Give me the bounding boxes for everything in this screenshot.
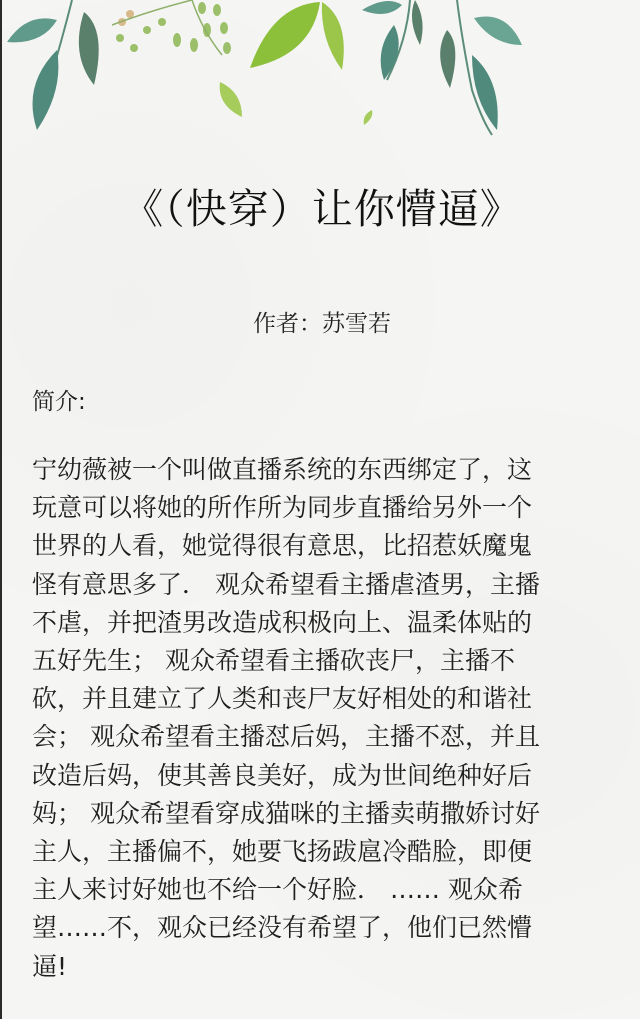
leaves-decoration-icon <box>2 0 640 140</box>
intro-line: 望……不，观众已经没有希望了，他们已然懵 <box>32 909 612 947</box>
intro-line: 玩意可以将她的所作所为同步直播给另外一个 <box>32 489 612 527</box>
intro-line: 世界的人看，她觉得很有意思，比招惹妖魔鬼 <box>32 527 612 565</box>
book-title: 《（快穿）让你懵逼》 <box>2 176 640 235</box>
intro-line: 怪有意思多了． 观众希望看主播虐渣男，主播 <box>32 566 612 604</box>
intro-line: 不虐，并把渣男改造成积极向上、温柔体贴的 <box>32 604 612 642</box>
intro-line: 妈； 观众希望看穿成猫咪的主播卖萌撒娇讨好 <box>32 795 612 833</box>
intro-line: 改造后妈，使其善良美好，成为世间绝种好后 <box>32 757 612 795</box>
intro-line: 五好先生； 观众希望看主播砍丧尸，主播不 <box>32 642 612 680</box>
intro-label: 简介: <box>32 383 86 416</box>
intro-line: 宁幼薇被一个叫做直播系统的东西绑定了，这 <box>32 451 612 489</box>
author-line: 作者：苏雪若 <box>2 305 640 338</box>
intro-line: 逼! <box>32 948 612 986</box>
intro-line: 砍，并且建立了人类和丧尸友好相处的和谐社 <box>32 680 612 718</box>
intro-text: 宁幼薇被一个叫做直播系统的东西绑定了，这 玩意可以将她的所作所为同步直播给另外一… <box>32 451 612 986</box>
intro-line: 主人，主播偏不，她要飞扬跋扈冷酷脸，即便 <box>32 833 612 871</box>
intro-line: 会； 观众希望看主播怼后妈，主播不怼，并且 <box>32 718 612 756</box>
page-background: 《（快穿）让你懵逼》 作者：苏雪若 简介: 宁幼薇被一个叫做直播系统的东西绑定了… <box>0 0 640 1019</box>
intro-line: 主人来讨好她也不给一个好脸． …… 观众希 <box>32 871 612 909</box>
